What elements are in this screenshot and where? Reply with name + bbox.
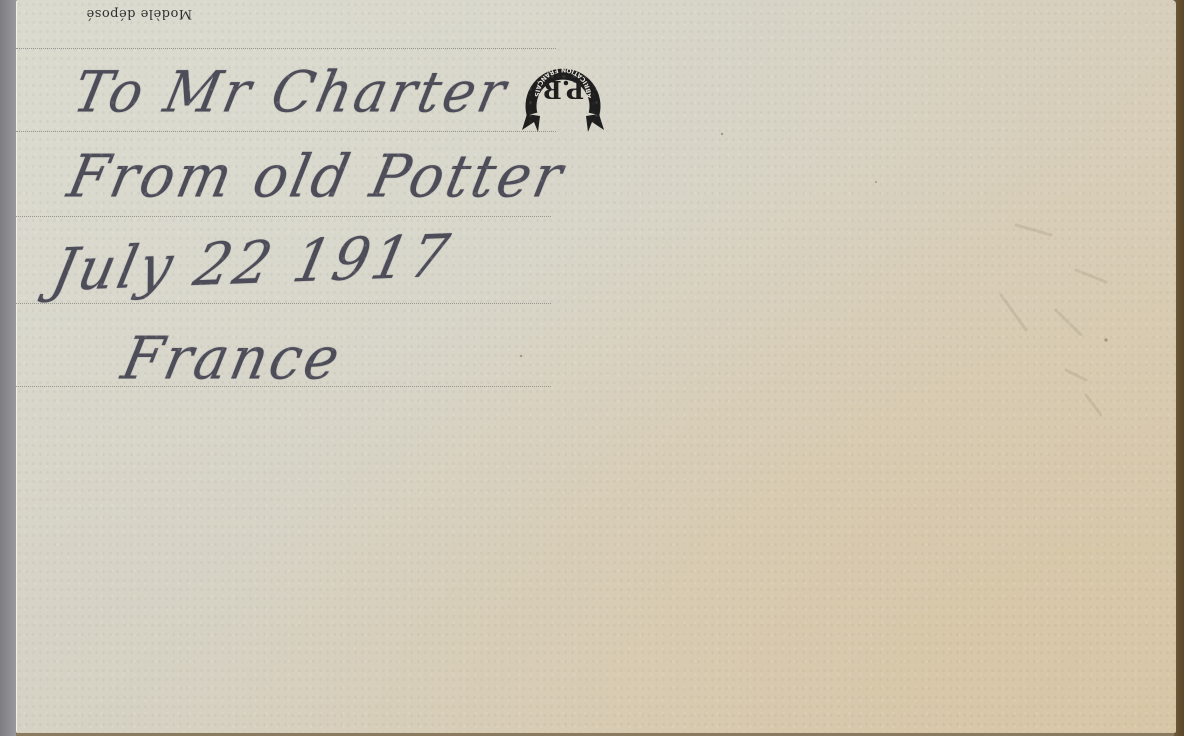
ruled-line <box>16 216 551 217</box>
ruled-line <box>16 131 556 132</box>
handwritten-line-location: France <box>116 325 348 393</box>
horseshoe-monogram-icon: P.R FABRICATION FRANÇAISE <box>518 56 608 136</box>
postcard-back: Modèle déposé P.R FABRICATION FRANÇAISE … <box>16 0 1176 733</box>
handwritten-line-sender: From old Potter <box>62 143 571 211</box>
publisher-imprint: Modèle déposé <box>86 6 192 21</box>
svg-text:P.R: P.R <box>541 75 584 104</box>
ruled-line <box>16 48 556 49</box>
handwritten-line-recipient: To Mr Charter <box>68 59 514 125</box>
background-surface-left <box>0 0 16 736</box>
handwritten-line-date: July 22 1917 <box>46 222 458 305</box>
